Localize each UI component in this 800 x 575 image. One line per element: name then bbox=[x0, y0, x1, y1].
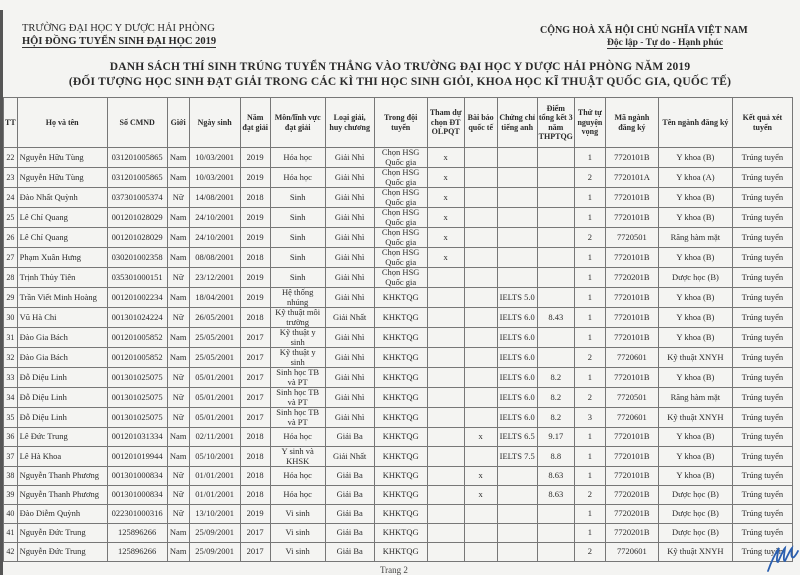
cell-result: Trúng tuyển bbox=[732, 228, 792, 248]
column-header-tt: TT bbox=[4, 98, 18, 148]
cell-tt: 29 bbox=[4, 288, 18, 308]
cell-tt: 33 bbox=[4, 368, 18, 388]
cell-intl-paper bbox=[464, 308, 497, 328]
column-header-major-name: Tên ngành đăng ký bbox=[658, 98, 732, 148]
cell-id-number: 001201002234 bbox=[107, 288, 167, 308]
cell-team: Chọn HSG Quốc gia bbox=[374, 148, 427, 168]
table-row: 42Nguyễn Đức Trung125896266Nam25/09/2001… bbox=[4, 543, 793, 562]
cell-award-type: Giải Ba bbox=[325, 543, 374, 562]
cell-award-year: 2019 bbox=[240, 168, 270, 188]
cell-gender: Nữ bbox=[167, 188, 189, 208]
cell-full-name: Nguyễn Hữu Tùng bbox=[17, 148, 107, 168]
cell-team: KHKTQG bbox=[374, 348, 427, 368]
cell-major-name: Y khoa (B) bbox=[658, 328, 732, 348]
cell-intl-paper bbox=[464, 288, 497, 308]
cell-subject: Kỹ thuật y sinh bbox=[270, 328, 325, 348]
cell-award-year: 2017 bbox=[240, 543, 270, 562]
cell-award-type: Giải Nhì bbox=[325, 348, 374, 368]
table-row: 25Lê Chí Quang001201028029Nam24/10/20012… bbox=[4, 208, 793, 228]
table-row: 32Đào Gia Bách001201005852Nam25/05/20012… bbox=[4, 348, 793, 368]
cell-gpa bbox=[537, 348, 574, 368]
cell-gender: Nam bbox=[167, 228, 189, 248]
table-row: 33Đỗ Diệu Linh001301025075Nữ05/01/200120… bbox=[4, 368, 793, 388]
cell-full-name: Lê Hà Khoa bbox=[17, 447, 107, 467]
cell-preference-order: 1 bbox=[574, 208, 605, 228]
cell-gender: Nam bbox=[167, 524, 189, 543]
cell-result: Trúng tuyển bbox=[732, 348, 792, 368]
cell-award-type: Giải Nhất bbox=[325, 308, 374, 328]
cell-subject: Hóa học bbox=[270, 486, 325, 505]
table-row: 27Phạm Xuân Hưng030201002358Nam08/08/200… bbox=[4, 248, 793, 268]
cell-full-name: Đào Gia Bách bbox=[17, 348, 107, 368]
column-header-id-number: Số CMND bbox=[107, 98, 167, 148]
cell-major-name: Y khoa (B) bbox=[658, 428, 732, 447]
cell-award-year: 2017 bbox=[240, 368, 270, 388]
cell-olympiad: x bbox=[427, 228, 464, 248]
column-header-english-cert: Chứng chỉ tiếng anh bbox=[497, 98, 537, 148]
table-row: 24Đào Nhất Quỳnh037301005374Nữ14/08/2001… bbox=[4, 188, 793, 208]
cell-birth-date: 25/05/2001 bbox=[189, 348, 240, 368]
column-header-result: Kết quả xét tuyển bbox=[732, 98, 792, 148]
cell-gpa: 8.2 bbox=[537, 408, 574, 428]
cell-major-name: Răng hàm mặt bbox=[658, 228, 732, 248]
cell-birth-date: 01/01/2001 bbox=[189, 467, 240, 486]
table-row: 38Nguyễn Thanh Phương001301000834Nữ01/01… bbox=[4, 467, 793, 486]
cell-english-cert: IELTS 6.0 bbox=[497, 408, 537, 428]
cell-gender: Nữ bbox=[167, 388, 189, 408]
cell-olympiad bbox=[427, 524, 464, 543]
admission-council: HỘI ĐỒNG TUYỂN SINH ĐẠI HỌC 2019 bbox=[22, 35, 216, 48]
cell-subject: Sinh bbox=[270, 228, 325, 248]
cell-subject: Hệ thống nhúng bbox=[270, 288, 325, 308]
cell-result: Trúng tuyển bbox=[732, 486, 792, 505]
table-row: 39Nguyễn Thanh Phương001301000834Nữ01/01… bbox=[4, 486, 793, 505]
cell-preference-order: 2 bbox=[574, 348, 605, 368]
cell-english-cert: IELTS 6.0 bbox=[497, 368, 537, 388]
cell-award-type: Giải Nhì bbox=[325, 388, 374, 408]
cell-major-name: Y khoa (B) bbox=[658, 208, 732, 228]
cell-english-cert: IELTS 6.0 bbox=[497, 328, 537, 348]
cell-award-type: Giải Nhì bbox=[325, 148, 374, 168]
institution-header: TRƯỜNG ĐẠI HỌC Y DƯỢC HẢI PHÒNG HỘI ĐỒNG… bbox=[22, 22, 216, 48]
cell-result: Trúng tuyển bbox=[732, 447, 792, 467]
cell-intl-paper bbox=[464, 228, 497, 248]
cell-id-number: 001301025075 bbox=[107, 408, 167, 428]
cell-team: KHKTQG bbox=[374, 486, 427, 505]
cell-gender: Nam bbox=[167, 208, 189, 228]
cell-birth-date: 18/04/2001 bbox=[189, 288, 240, 308]
cell-id-number: 001201019944 bbox=[107, 447, 167, 467]
cell-gpa bbox=[537, 328, 574, 348]
cell-id-number: 001201028029 bbox=[107, 228, 167, 248]
cell-award-type: Giải Nhì bbox=[325, 288, 374, 308]
cell-full-name: Đỗ Diệu Linh bbox=[17, 408, 107, 428]
cell-team: KHKTQG bbox=[374, 328, 427, 348]
cell-tt: 36 bbox=[4, 428, 18, 447]
cell-team: KHKTQG bbox=[374, 543, 427, 562]
cell-birth-date: 25/05/2001 bbox=[189, 328, 240, 348]
cell-result: Trúng tuyển bbox=[732, 428, 792, 447]
cell-result: Trúng tuyển bbox=[732, 168, 792, 188]
cell-result: Trúng tuyển bbox=[732, 248, 792, 268]
cell-result: Trúng tuyển bbox=[732, 268, 792, 288]
column-header-preference-order: Thứ tự nguyện vọng bbox=[574, 98, 605, 148]
cell-birth-date: 10/03/2001 bbox=[189, 148, 240, 168]
cell-full-name: Đào Diễm Quỳnh bbox=[17, 505, 107, 524]
cell-preference-order: 1 bbox=[574, 428, 605, 447]
cell-award-year: 2018 bbox=[240, 248, 270, 268]
cell-team: Chọn HSG Quốc gia bbox=[374, 208, 427, 228]
cell-gpa bbox=[537, 288, 574, 308]
cell-preference-order: 1 bbox=[574, 308, 605, 328]
cell-full-name: Nguyễn Thanh Phương bbox=[17, 486, 107, 505]
cell-intl-paper: x bbox=[464, 428, 497, 447]
cell-olympiad bbox=[427, 328, 464, 348]
cell-olympiad: x bbox=[427, 248, 464, 268]
cell-major-name: Răng hàm mặt bbox=[658, 388, 732, 408]
cell-tt: 35 bbox=[4, 408, 18, 428]
cell-major-code: 7720101B bbox=[605, 148, 658, 168]
cell-preference-order: 1 bbox=[574, 467, 605, 486]
cell-result: Trúng tuyển bbox=[732, 208, 792, 228]
cell-id-number: 001201005852 bbox=[107, 328, 167, 348]
cell-tt: 25 bbox=[4, 208, 18, 228]
cell-major-name: Y khoa (B) bbox=[658, 368, 732, 388]
cell-major-name: Kỹ thuật XNYH bbox=[658, 348, 732, 368]
national-motto: Độc lập - Tự do - Hạnh phúc bbox=[540, 37, 800, 50]
cell-team: KHKTQG bbox=[374, 428, 427, 447]
cell-major-code: 7720101A bbox=[605, 168, 658, 188]
cell-olympiad bbox=[427, 268, 464, 288]
cell-gpa: 8.63 bbox=[537, 467, 574, 486]
cell-olympiad: x bbox=[427, 168, 464, 188]
cell-tt: 26 bbox=[4, 228, 18, 248]
cell-award-type: Giải Nhì bbox=[325, 228, 374, 248]
cell-full-name: Đào Gia Bách bbox=[17, 328, 107, 348]
cell-result: Trúng tuyển bbox=[732, 188, 792, 208]
national-motto-text: Độc lập - Tự do - Hạnh phúc bbox=[607, 38, 723, 49]
cell-award-type: Giải Nhì bbox=[325, 328, 374, 348]
cell-major-code: 7720501 bbox=[605, 228, 658, 248]
cell-award-type: Giải Nhì bbox=[325, 248, 374, 268]
cell-gender: Nam bbox=[167, 168, 189, 188]
cell-gpa: 9.17 bbox=[537, 428, 574, 447]
cell-tt: 27 bbox=[4, 248, 18, 268]
cell-gender: Nữ bbox=[167, 268, 189, 288]
cell-award-type: Giải Ba bbox=[325, 467, 374, 486]
table-row: 36Lê Đức Trung001201031334Nam02/11/20012… bbox=[4, 428, 793, 447]
column-header-team: Trong đội tuyển bbox=[374, 98, 427, 148]
cell-major-code: 7720501 bbox=[605, 388, 658, 408]
cell-full-name: Nguyễn Đức Trung bbox=[17, 524, 107, 543]
document-subtitle: (ĐỐI TƯỢNG HỌC SINH ĐẠT GIẢI TRONG CÁC K… bbox=[0, 76, 800, 88]
cell-award-type: Giải Ba bbox=[325, 505, 374, 524]
cell-award-year: 2017 bbox=[240, 388, 270, 408]
cell-full-name: Đỗ Diệu Linh bbox=[17, 368, 107, 388]
cell-id-number: 001301000834 bbox=[107, 486, 167, 505]
cell-full-name: Lê Đức Trung bbox=[17, 428, 107, 447]
cell-birth-date: 25/09/2001 bbox=[189, 543, 240, 562]
cell-major-name: Dược học (B) bbox=[658, 268, 732, 288]
cell-major-code: 7720101B bbox=[605, 428, 658, 447]
admission-council-text: HỘI ĐỒNG TUYỂN SINH ĐẠI HỌC 2019 bbox=[22, 36, 216, 48]
cell-intl-paper bbox=[464, 248, 497, 268]
cell-english-cert bbox=[497, 486, 537, 505]
cell-subject: Sinh bbox=[270, 208, 325, 228]
cell-birth-date: 24/10/2001 bbox=[189, 228, 240, 248]
cell-award-year: 2018 bbox=[240, 486, 270, 505]
cell-gender: Nữ bbox=[167, 486, 189, 505]
cell-birth-date: 02/11/2001 bbox=[189, 428, 240, 447]
cell-tt: 34 bbox=[4, 388, 18, 408]
cell-english-cert bbox=[497, 505, 537, 524]
cell-award-year: 2019 bbox=[240, 228, 270, 248]
cell-intl-paper bbox=[464, 328, 497, 348]
cell-preference-order: 2 bbox=[574, 228, 605, 248]
cell-team: KHKTQG bbox=[374, 524, 427, 543]
cell-award-year: 2017 bbox=[240, 408, 270, 428]
cell-english-cert bbox=[497, 188, 537, 208]
cell-gpa: 8.63 bbox=[537, 486, 574, 505]
cell-id-number: 001301000834 bbox=[107, 467, 167, 486]
cell-major-code: 7720201B bbox=[605, 524, 658, 543]
cell-subject: Sinh bbox=[270, 248, 325, 268]
cell-preference-order: 1 bbox=[574, 268, 605, 288]
cell-team: KHKTQG bbox=[374, 467, 427, 486]
university-name: TRƯỜNG ĐẠI HỌC Y DƯỢC HẢI PHÒNG bbox=[22, 22, 216, 35]
cell-intl-paper bbox=[464, 408, 497, 428]
table-row: 34Đỗ Diệu Linh001301025075Nữ05/01/200120… bbox=[4, 388, 793, 408]
signature-icon bbox=[765, 540, 799, 574]
cell-english-cert bbox=[497, 228, 537, 248]
cell-birth-date: 10/03/2001 bbox=[189, 168, 240, 188]
table-row: 30Vũ Hà Chi001301024224Nữ26/05/20012018K… bbox=[4, 308, 793, 328]
cell-gpa: 8.2 bbox=[537, 368, 574, 388]
national-title: CỘNG HOÀ XÃ HỘI CHỦ NGHĨA VIỆT NAM bbox=[540, 24, 800, 37]
column-header-gender: Giới bbox=[167, 98, 189, 148]
cell-english-cert bbox=[497, 524, 537, 543]
cell-english-cert: IELTS 6.0 bbox=[497, 308, 537, 328]
cell-tt: 42 bbox=[4, 543, 18, 562]
cell-english-cert bbox=[497, 543, 537, 562]
cell-award-type: Giải Nhì bbox=[325, 188, 374, 208]
cell-major-code: 7720101B bbox=[605, 208, 658, 228]
cell-major-code: 7720601 bbox=[605, 348, 658, 368]
cell-gender: Nam bbox=[167, 348, 189, 368]
cell-subject: Sinh bbox=[270, 188, 325, 208]
cell-olympiad: x bbox=[427, 208, 464, 228]
cell-result: Trúng tuyển bbox=[732, 467, 792, 486]
cell-major-code: 7720601 bbox=[605, 543, 658, 562]
cell-olympiad bbox=[427, 288, 464, 308]
cell-team: Chọn HSG Quốc gia bbox=[374, 268, 427, 288]
cell-major-name: Kỹ thuật XNYH bbox=[658, 543, 732, 562]
cell-preference-order: 2 bbox=[574, 168, 605, 188]
cell-id-number: 001301025075 bbox=[107, 368, 167, 388]
cell-major-code: 7720201B bbox=[605, 268, 658, 288]
cell-intl-paper bbox=[464, 505, 497, 524]
cell-gpa bbox=[537, 168, 574, 188]
cell-english-cert bbox=[497, 148, 537, 168]
cell-gender: Nam bbox=[167, 148, 189, 168]
cell-olympiad bbox=[427, 505, 464, 524]
cell-team: KHKTQG bbox=[374, 368, 427, 388]
cell-award-type: Giải Ba bbox=[325, 486, 374, 505]
cell-olympiad: x bbox=[427, 188, 464, 208]
cell-gpa bbox=[537, 268, 574, 288]
column-header-olympiad: Tham dự chọn ĐT OLPQT bbox=[427, 98, 464, 148]
table-row: 40Đào Diễm Quỳnh022301000316Nữ13/10/2001… bbox=[4, 505, 793, 524]
cell-subject: Sinh học TB và PT bbox=[270, 388, 325, 408]
cell-birth-date: 25/09/2001 bbox=[189, 524, 240, 543]
cell-award-year: 2019 bbox=[240, 505, 270, 524]
cell-gender: Nữ bbox=[167, 408, 189, 428]
cell-birth-date: 23/12/2001 bbox=[189, 268, 240, 288]
cell-major-name: Dược học (B) bbox=[658, 524, 732, 543]
cell-full-name: Đào Nhất Quỳnh bbox=[17, 188, 107, 208]
cell-award-type: Giải Ba bbox=[325, 524, 374, 543]
table-row: 35Đỗ Diệu Linh001301025075Nữ05/01/200120… bbox=[4, 408, 793, 428]
cell-full-name: Nguyễn Đức Trung bbox=[17, 543, 107, 562]
cell-tt: 41 bbox=[4, 524, 18, 543]
cell-award-type: Giải Nhì bbox=[325, 368, 374, 388]
cell-preference-order: 1 bbox=[574, 288, 605, 308]
cell-full-name: Nguyễn Hữu Tùng bbox=[17, 168, 107, 188]
column-header-award-year: Năm đạt giải bbox=[240, 98, 270, 148]
cell-olympiad bbox=[427, 348, 464, 368]
cell-english-cert bbox=[497, 467, 537, 486]
cell-award-year: 2017 bbox=[240, 328, 270, 348]
cell-gender: Nữ bbox=[167, 505, 189, 524]
cell-english-cert: IELTS 6.0 bbox=[497, 348, 537, 368]
cell-gender: Nam bbox=[167, 328, 189, 348]
cell-gender: Nữ bbox=[167, 368, 189, 388]
document-title: DANH SÁCH THÍ SINH TRÚNG TUYỂN THẲNG VÀO… bbox=[0, 61, 800, 73]
cell-id-number: 031201005865 bbox=[107, 168, 167, 188]
cell-major-code: 7720101B bbox=[605, 368, 658, 388]
cell-tt: 23 bbox=[4, 168, 18, 188]
cell-team: KHKTQG bbox=[374, 408, 427, 428]
cell-major-code: 7720101B bbox=[605, 467, 658, 486]
cell-birth-date: 24/10/2001 bbox=[189, 208, 240, 228]
column-header-gpa: Điểm tổng kết 3 năm THPTQG bbox=[537, 98, 574, 148]
cell-award-type: Giải Nhất bbox=[325, 447, 374, 467]
cell-award-year: 2018 bbox=[240, 467, 270, 486]
cell-tt: 24 bbox=[4, 188, 18, 208]
cell-major-name: Dược học (B) bbox=[658, 486, 732, 505]
cell-birth-date: 05/10/2001 bbox=[189, 447, 240, 467]
cell-id-number: 001301024224 bbox=[107, 308, 167, 328]
cell-olympiad bbox=[427, 447, 464, 467]
cell-team: KHKTQG bbox=[374, 505, 427, 524]
cell-team: KHKTQG bbox=[374, 308, 427, 328]
cell-intl-paper bbox=[464, 148, 497, 168]
cell-preference-order: 1 bbox=[574, 368, 605, 388]
cell-intl-paper bbox=[464, 543, 497, 562]
cell-olympiad bbox=[427, 428, 464, 447]
table-body: 22Nguyễn Hữu Tùng031201005865Nam10/03/20… bbox=[4, 148, 793, 562]
cell-preference-order: 1 bbox=[574, 328, 605, 348]
cell-olympiad: x bbox=[427, 148, 464, 168]
cell-major-name: Y khoa (B) bbox=[658, 308, 732, 328]
cell-full-name: Trần Viết Minh Hoàng bbox=[17, 288, 107, 308]
cell-full-name: Lê Chí Quang bbox=[17, 208, 107, 228]
cell-english-cert bbox=[497, 168, 537, 188]
admission-table: TTHọ và tênSố CMNDGiớiNgày sinhNăm đạt g… bbox=[3, 97, 793, 562]
cell-subject: Hóa học bbox=[270, 428, 325, 447]
cell-subject: Y sinh và KHSK bbox=[270, 447, 325, 467]
cell-full-name: Vũ Hà Chi bbox=[17, 308, 107, 328]
cell-gpa bbox=[537, 524, 574, 543]
cell-major-name: Y khoa (B) bbox=[658, 447, 732, 467]
cell-award-type: Giải Nhì bbox=[325, 208, 374, 228]
cell-subject: Hóa học bbox=[270, 168, 325, 188]
table-row: 26Lê Chí Quang001201028029Nam24/10/20012… bbox=[4, 228, 793, 248]
cell-tt: 28 bbox=[4, 268, 18, 288]
cell-birth-date: 05/01/2001 bbox=[189, 408, 240, 428]
cell-gender: Nữ bbox=[167, 467, 189, 486]
table-row: 31Đào Gia Bách001201005852Nam25/05/20012… bbox=[4, 328, 793, 348]
cell-result: Trúng tuyển bbox=[732, 308, 792, 328]
cell-birth-date: 13/10/2001 bbox=[189, 505, 240, 524]
cell-id-number: 125896266 bbox=[107, 524, 167, 543]
cell-award-year: 2019 bbox=[240, 288, 270, 308]
cell-major-code: 7720201B bbox=[605, 486, 658, 505]
cell-olympiad bbox=[427, 543, 464, 562]
cell-id-number: 022301000316 bbox=[107, 505, 167, 524]
page-number: Trang 2 bbox=[380, 565, 408, 575]
cell-award-type: Giải Nhì bbox=[325, 268, 374, 288]
cell-english-cert: IELTS 7.5 bbox=[497, 447, 537, 467]
cell-award-year: 2017 bbox=[240, 524, 270, 543]
cell-major-code: 7720101B bbox=[605, 188, 658, 208]
cell-result: Trúng tuyển bbox=[732, 505, 792, 524]
cell-subject: Hóa học bbox=[270, 148, 325, 168]
cell-gpa bbox=[537, 248, 574, 268]
cell-subject: Vi sinh bbox=[270, 505, 325, 524]
cell-id-number: 035301000151 bbox=[107, 268, 167, 288]
table-row: 41Nguyễn Đức Trung125896266Nam25/09/2001… bbox=[4, 524, 793, 543]
cell-subject: Kỹ thuật y sinh bbox=[270, 348, 325, 368]
cell-major-name: Dược học (B) bbox=[658, 505, 732, 524]
cell-birth-date: 14/08/2001 bbox=[189, 188, 240, 208]
cell-major-code: 7720101B bbox=[605, 308, 658, 328]
cell-english-cert: IELTS 6.0 bbox=[497, 388, 537, 408]
table-header-row: TTHọ và tênSố CMNDGiớiNgày sinhNăm đạt g… bbox=[4, 98, 793, 148]
cell-major-name: Y khoa (B) bbox=[658, 148, 732, 168]
cell-gpa bbox=[537, 228, 574, 248]
cell-award-year: 2017 bbox=[240, 348, 270, 368]
cell-gpa bbox=[537, 148, 574, 168]
cell-tt: 39 bbox=[4, 486, 18, 505]
cell-preference-order: 2 bbox=[574, 486, 605, 505]
cell-preference-order: 2 bbox=[574, 388, 605, 408]
cell-preference-order: 1 bbox=[574, 447, 605, 467]
table-row: 37Lê Hà Khoa001201019944Nam05/10/2001201… bbox=[4, 447, 793, 467]
cell-intl-paper bbox=[464, 188, 497, 208]
cell-team: KHKTQG bbox=[374, 388, 427, 408]
cell-subject: Vi sinh bbox=[270, 524, 325, 543]
cell-major-name: Y khoa (B) bbox=[658, 467, 732, 486]
cell-id-number: 001201031334 bbox=[107, 428, 167, 447]
cell-award-type: Giải Nhì bbox=[325, 408, 374, 428]
cell-gender: Nam bbox=[167, 543, 189, 562]
cell-tt: 31 bbox=[4, 328, 18, 348]
cell-tt: 40 bbox=[4, 505, 18, 524]
cell-team: Chọn HSG Quốc gia bbox=[374, 188, 427, 208]
cell-full-name: Phạm Xuân Hưng bbox=[17, 248, 107, 268]
cell-id-number: 030201002358 bbox=[107, 248, 167, 268]
